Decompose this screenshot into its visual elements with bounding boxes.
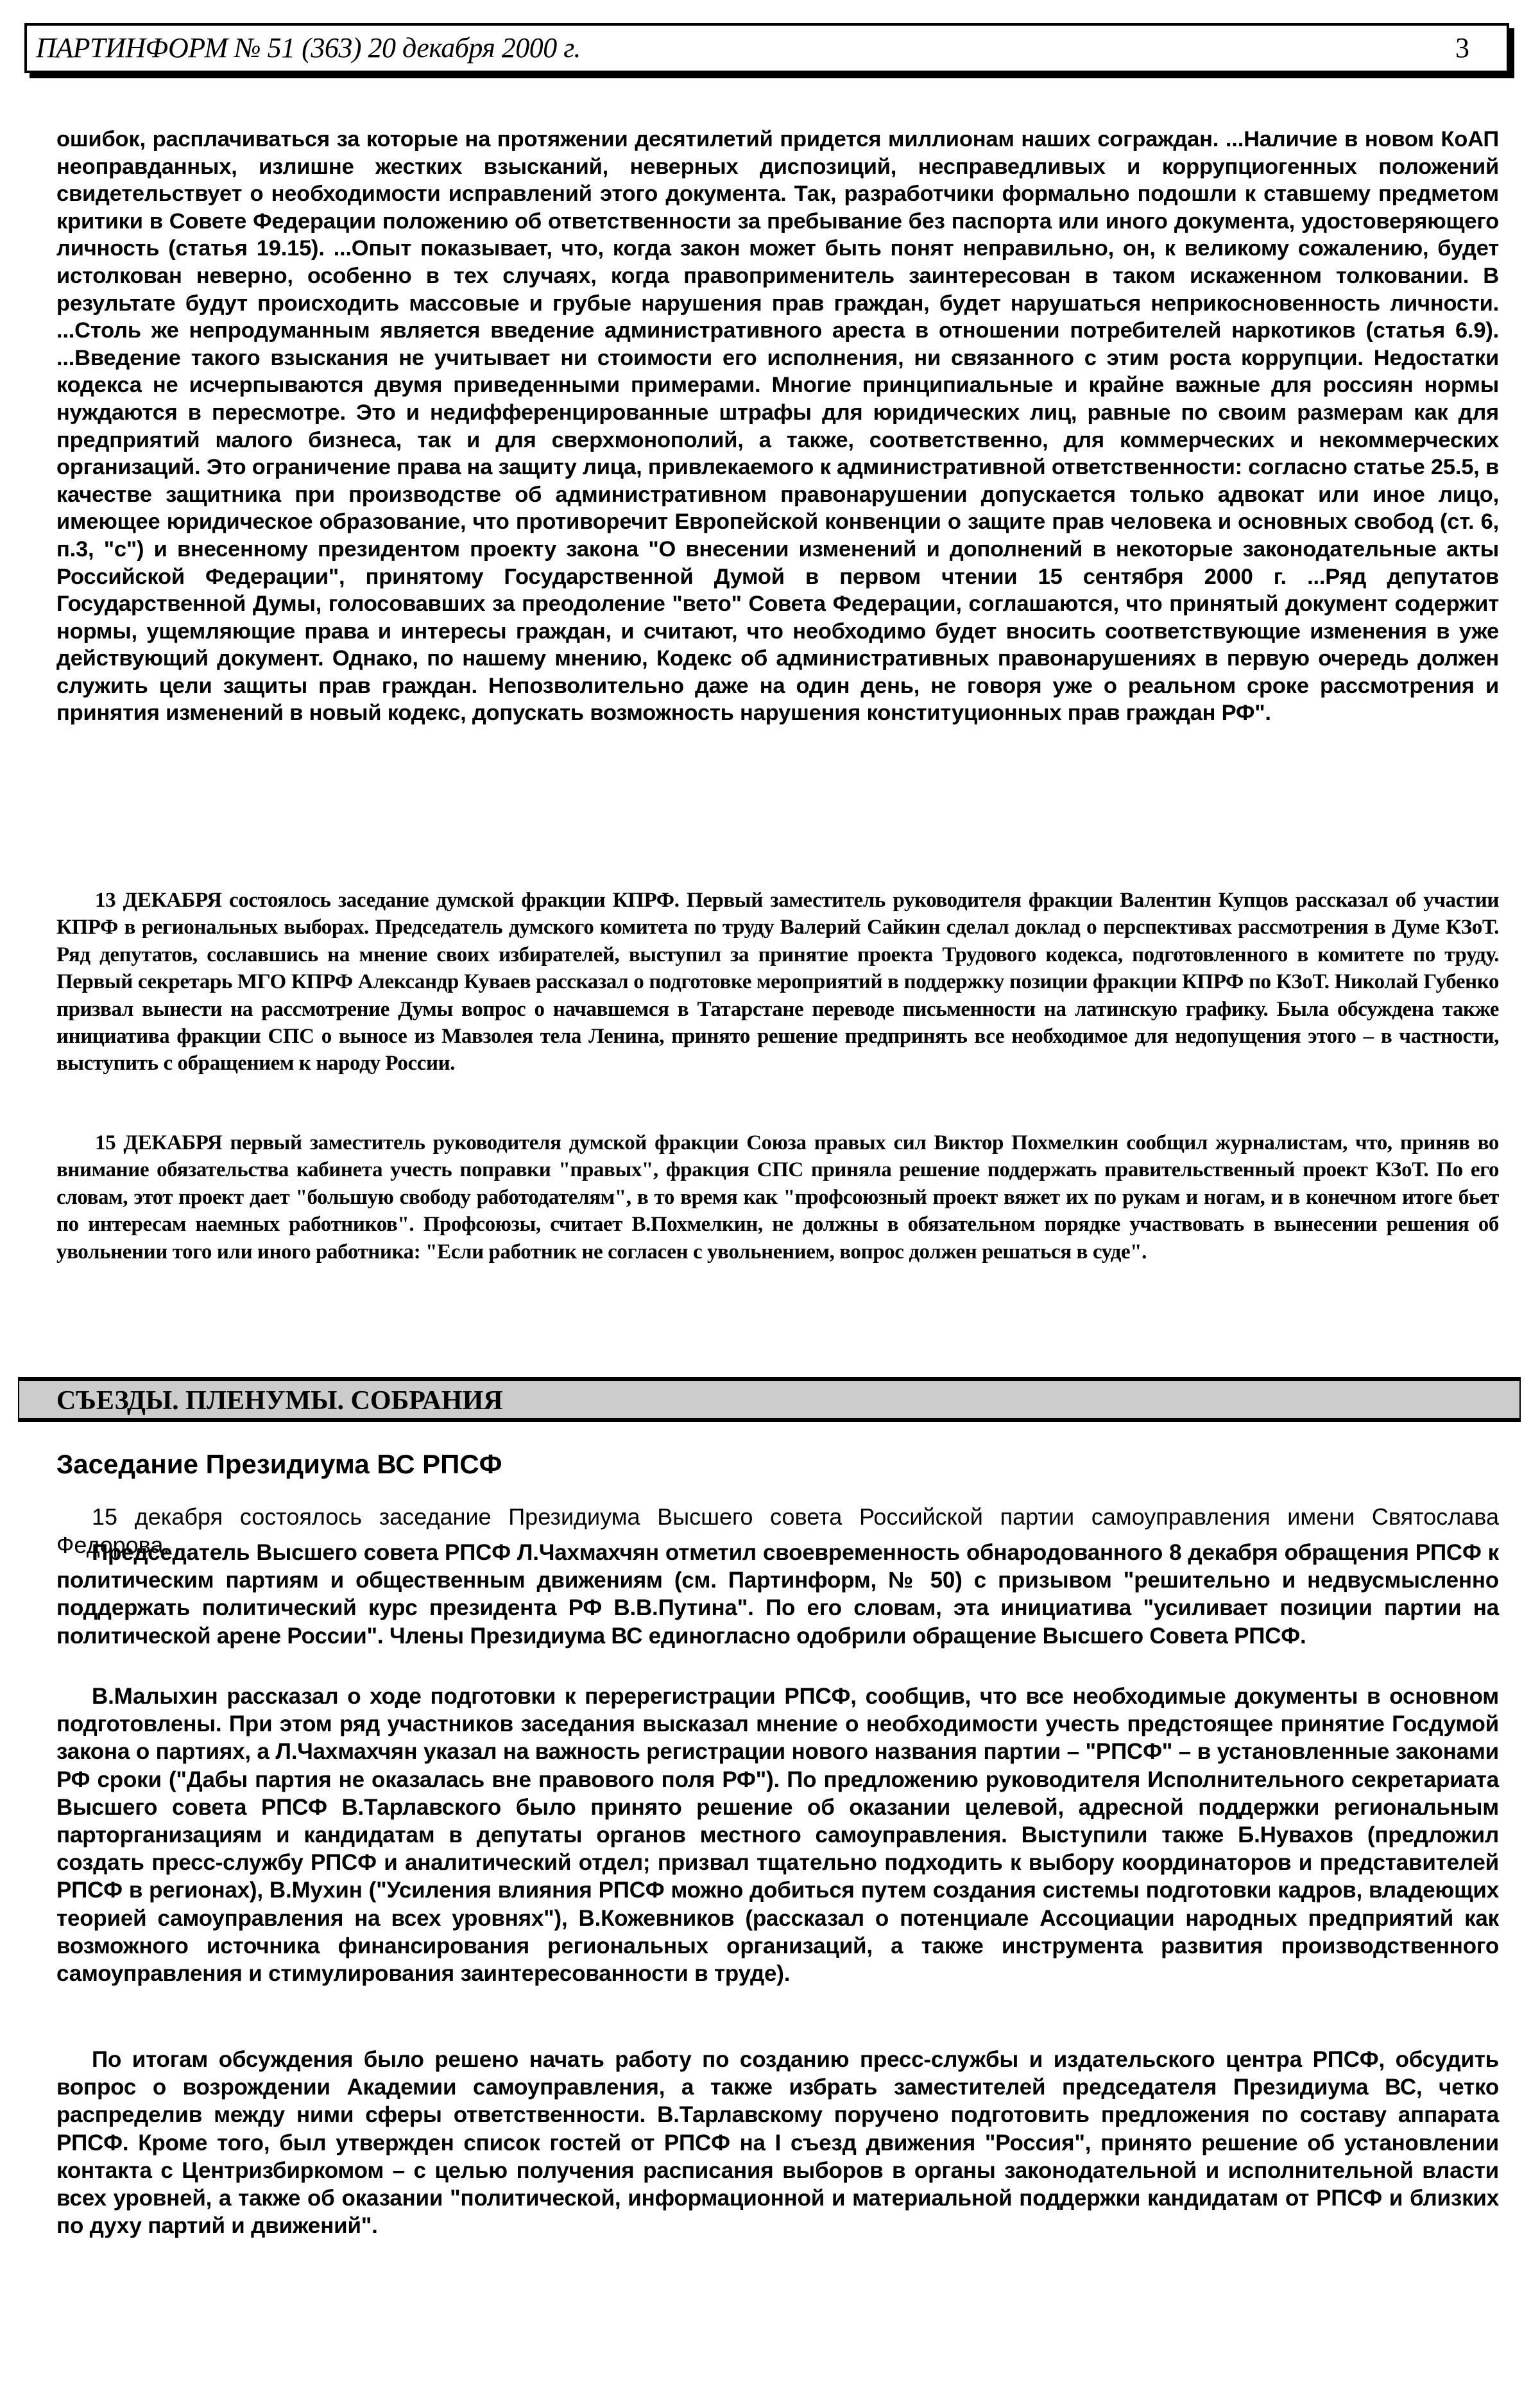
article-paragraph: По итогам обсуждения было решено начать … [56,2046,1499,2240]
news-item-text: первый заместитель руководителя думской … [56,1131,1499,1264]
news-item: 13 ДЕКАБРЯ состоялось заседание думской … [56,887,1499,1077]
news-item-text: состоялось заседание думской фракции КПР… [56,889,1499,1075]
masthead: ПАРТИНФОРМ № 51 (363) 20 декабря 2000 г.… [24,23,1509,73]
article-paragraph: Председатель Высшего совета РПСФ Л.Чахма… [56,1539,1499,1650]
news-item-date: 15 ДЕКАБРЯ [95,1131,222,1154]
continued-article-paragraph: ошибок, расплачиваться за которые на про… [56,126,1499,727]
news-item-date: 13 ДЕКАБРЯ [95,889,222,912]
page-number: 3 [1455,26,1469,71]
article-paragraph: В.Малыхин рассказал о ходе подготовки к … [56,1683,1499,1987]
news-item: 15 ДЕКАБРЯ первый заместитель руководите… [56,1129,1499,1265]
section-banner: СЪЕЗДЫ. ПЛЕНУМЫ. СОБРАНИЯ [18,1377,1521,1422]
article-title: Заседание Президиума ВС РПСФ [56,1448,502,1481]
section-title: СЪЕЗДЫ. ПЛЕНУМЫ. СОБРАНИЯ [56,1382,503,1419]
publication-title: ПАРТИНФОРМ № 51 (363) 20 декабря 2000 г. [36,26,581,71]
